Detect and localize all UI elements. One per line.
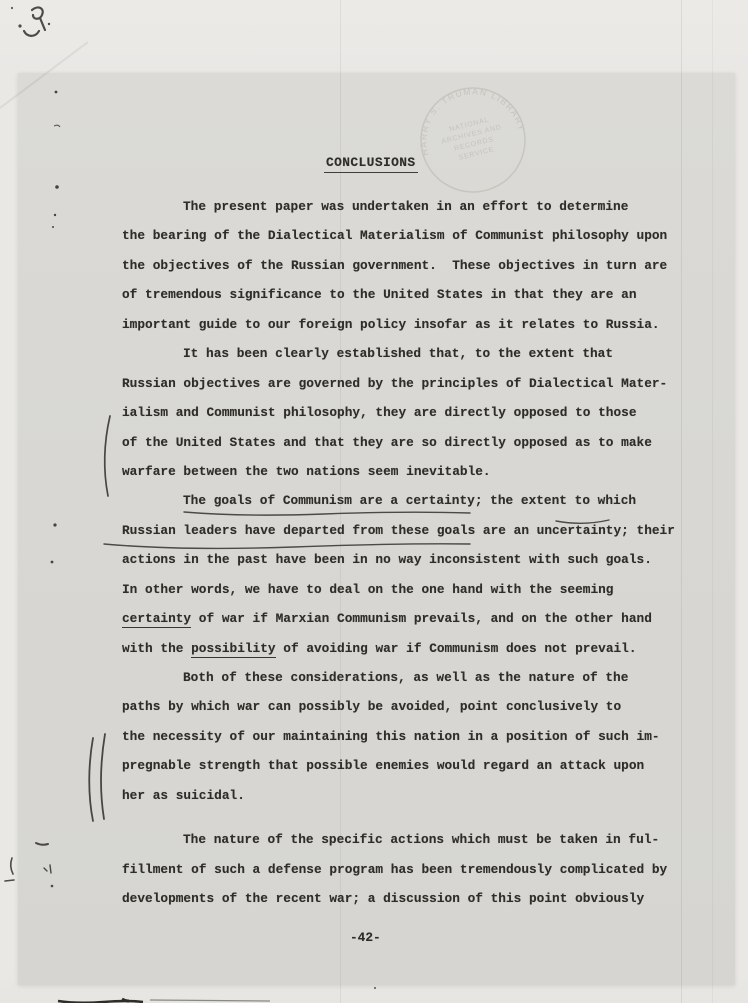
- underlined-word: possibility: [191, 641, 275, 658]
- text-line: The present paper was undertaken in an e…: [122, 192, 698, 221]
- text-line: In other words, we have to deal on the o…: [122, 575, 698, 604]
- text-line: paths by which war can possibly be avoid…: [122, 692, 698, 721]
- text-line: the bearing of the Dialectical Materiali…: [122, 221, 698, 250]
- text-line: certainty of war if Marxian Communism pr…: [122, 604, 698, 633]
- paragraph: The goals of Communism are a certainty; …: [122, 486, 698, 663]
- page-title: CONCLUSIONS: [324, 155, 418, 173]
- text-segment: with the: [122, 641, 191, 656]
- text-line: the necessity of our maintaining this na…: [122, 722, 698, 751]
- text-line: developments of the recent war; a discus…: [122, 884, 698, 913]
- text-line: Russian objectives are governed by the p…: [122, 369, 698, 398]
- text-line: The nature of the specific actions which…: [122, 825, 698, 854]
- vertical-crease-edge: [712, 0, 713, 1003]
- text-line: ialism and Communist philosophy, they ar…: [122, 398, 698, 427]
- paragraph: Both of these considerations, as well as…: [122, 663, 698, 810]
- paragraph: The nature of the specific actions which…: [122, 825, 698, 913]
- text-line: important guide to our foreign policy in…: [122, 310, 698, 339]
- paragraph: It has been clearly established that, to…: [122, 339, 698, 486]
- text-line: The goals of Communism are a certainty; …: [122, 486, 698, 515]
- text-line: warfare between the two nations seem ine…: [122, 457, 698, 486]
- text-line: her as suicidal.: [122, 781, 698, 810]
- text-line: pregnable strength that possible enemies…: [122, 751, 698, 780]
- text-segment: of war if Marxian Communism prevails, an…: [191, 611, 652, 626]
- text-line: Both of these considerations, as well as…: [122, 663, 698, 692]
- text-line: actions in the past have been in no way …: [122, 545, 698, 574]
- text-line: the objectives of the Russian government…: [122, 251, 698, 280]
- underlined-word: certainty: [122, 611, 191, 628]
- paragraph: The present paper was undertaken in an e…: [122, 192, 698, 339]
- text-segment: of avoiding war if Communism does not pr…: [276, 641, 637, 656]
- text-line: Russian leaders have departed from these…: [122, 516, 698, 545]
- text-line: of the United States and that they are s…: [122, 428, 698, 457]
- text-line: It has been clearly established that, to…: [122, 339, 698, 368]
- page-number: -42-: [350, 928, 381, 948]
- text-line: with the possibility of avoiding war if …: [122, 634, 698, 663]
- text-line: of tremendous significance to the United…: [122, 280, 698, 309]
- typewritten-text: The present paper was undertaken in an e…: [122, 192, 698, 914]
- scanned-document-page: CONCLUSIONS The present paper was undert…: [0, 0, 748, 1003]
- staple-mark: [11, 7, 50, 36]
- text-line: fillment of such a defense program has b…: [122, 855, 698, 884]
- bottom-edge-marks: [58, 987, 376, 1003]
